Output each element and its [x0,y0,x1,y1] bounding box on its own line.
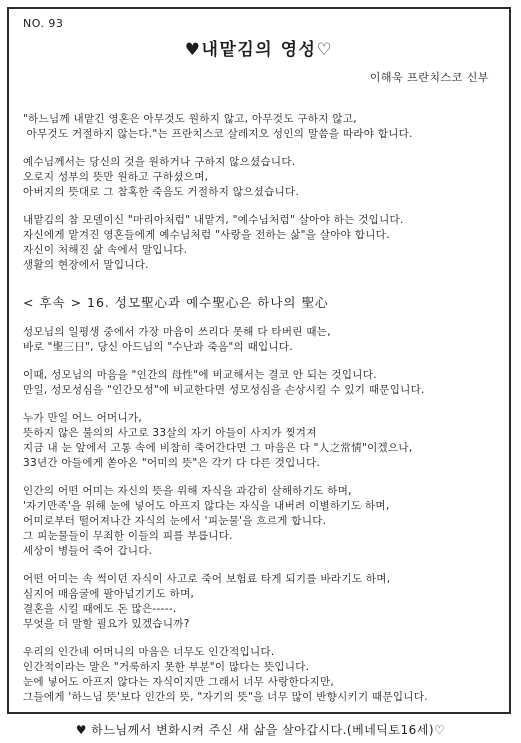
paragraph: "하느님께 내맡긴 영혼은 아무것도 원하지 않고, 아무것도 구하지 않고, … [23,112,495,142]
paragraph: 이때, 성모님의 마음을 "인간의 母性"에 비교해서는 결코 안 되는 것입니… [23,368,495,398]
text-line: 인간의 어떤 어미는 자신의 뜻을 위해 자식을 과감히 살해하기도 하며, [23,484,495,499]
doc-number: NO. 93 [23,17,495,30]
text-line: 우리의 인간네 어머니의 마음은 너무도 인간적입니다. [23,645,495,660]
paragraph: 내맡김의 참 모델이신 "마리아처럼" 내맡겨, "예수님처럼" 살아야 하는 … [23,213,495,273]
text-line: 오로지 성부의 뜻만 원하고 구하셨으며, [23,170,495,185]
paragraph: 우리의 인간네 어머니의 마음은 너무도 인간적입니다. 인간적이라는 말은 "… [23,645,495,705]
text-line: 이때, 성모님의 마음을 "인간의 母性"에 비교해서는 결코 안 되는 것입니… [23,368,495,383]
paragraph: 예수님께서는 당신의 것을 원하거나 구하지 않으셨습니다. 오로지 성부의 뜻… [23,155,495,200]
text-line: '자기만족'을 위해 눈에 넣어도 아프지 않다는 자식을 내버려 이별하기도 … [23,499,495,514]
text-line: 뜻하지 않은 불의의 사고로 33살의 자기 아들이 사지가 찢겨져 [23,426,495,441]
text-line: 세상이 병들어 죽어 갑니다. [23,544,495,559]
text-line: 눈에 넣어도 아프지 않다는 자식이지만 그래서 너무 사랑한다지만, [23,675,495,690]
text-line: 어떤 어미는 속 썩이던 자식이 사고로 죽어 보험료 타게 되기를 바라기도 … [23,572,495,587]
text-line: 성모님의 일평생 중에서 가장 마음이 쓰리다 못해 다 타버린 때는, [23,325,495,340]
text-line: 누가 만일 어느 어머니가, [23,411,495,426]
text-line: 생활의 현장에서 말입니다. [23,258,495,273]
text-line: 아무것도 거절하지 않는다."는 프란치스코 살레지오 성인의 말씀을 따라야 … [23,127,495,142]
document-body: "하느님께 내맡긴 영혼은 아무것도 원하지 않고, 아무것도 구하지 않고, … [23,112,495,714]
page-title: ♥내맡김의 영성♡ [23,35,495,60]
text-line: 예수님께서는 당신의 것을 원하거나 구하지 않으셨습니다. [23,155,495,170]
text-line: 만일, 성모성심을 "인간모성"에 비교한다면 성모성심을 손상시킬 수 있기 … [23,383,495,398]
text-line: 자신에게 맡겨진 영혼들에게 예수님처럼 "사랑을 전하는 삶"을 살아야 합니… [23,228,495,243]
text-line: 33년간 아들에게 쏟아온 "어미의 뜻"은 각기 다 다른 것입니다. [23,456,495,471]
text-line: 그들에게 '하느님 뜻'보다 인간의 뜻, "자기의 뜻"을 너무 많이 반향시… [23,690,495,705]
text-line: 바로 "聖三日", 당신 아드님의 "수난과 죽음"의 때입니다. [23,340,495,355]
text-line: 인간적이라는 말은 "거룩하지 못한 부분"이 많다는 뜻입니다. [23,660,495,675]
paragraph: 인간의 어떤 어미는 자신의 뜻을 위해 자식을 과감히 살해하기도 하며, '… [23,484,495,559]
paragraph: 누가 만일 어느 어머니가, 뜻하지 않은 불의의 사고로 33살의 자기 아들… [23,411,495,471]
author-byline: 이해욱 프란치스코 신부 [23,69,495,85]
paragraph: 어떤 어미는 속 썩이던 자식이 사고로 죽어 보험료 타게 되기를 바라기도 … [23,572,495,632]
text-line: 그 피눈물들이 무죄한 이들의 피를 부릅니다. [23,529,495,544]
text-line: "하느님께 내맡긴 영혼은 아무것도 원하지 않고, 아무것도 구하지 않고, [23,112,495,127]
text-line: 아버지의 뜻대로 그 참혹한 죽음도 거절하지 않으셨습니다. [23,185,495,200]
paragraph: 성모님의 일평생 중에서 가장 마음이 쓰리다 못해 다 타버린 때는, 바로 … [23,325,495,355]
footer-blessing: ♥ 하느님께서 변화시켜 주신 새 삶을 살아갑시다.(베네딕토16세)♡ [0,721,521,738]
text-line: 무엇을 더 말할 필요가 있겠습니까? [23,617,495,632]
text-line: 자신이 처해진 삶 속에서 말입니다. [23,243,495,258]
document-page: NO. 93 ♥내맡김의 영성♡ 이해욱 프란치스코 신부 "하느님께 내맡긴 … [0,0,521,743]
text-line: 지금 내 눈 앞에서 고통 속에 비참히 죽어간다면 그 마음은 다 "人之常情… [23,441,495,456]
text-line: 내맡김의 참 모델이신 "마리아처럼" 내맡겨, "예수님처럼" 살아야 하는 … [23,213,495,228]
section-heading: < 후속 > 16. 성모聖心과 예수聖心은 하나의 聖心 [23,295,495,310]
text-line: 심지어 매음굴에 팔아넘기기도 하며, [23,587,495,602]
text-line: 어미로부터 떨어져나간 자식의 눈에서 '피눈물'을 흐르게 합니다. [23,514,495,529]
document-border-box: NO. 93 ♥내맡김의 영성♡ 이해욱 프란치스코 신부 "하느님께 내맡긴 … [7,7,511,714]
text-line: 결혼을 시킬 때에도 돈 많은-----. [23,602,495,617]
